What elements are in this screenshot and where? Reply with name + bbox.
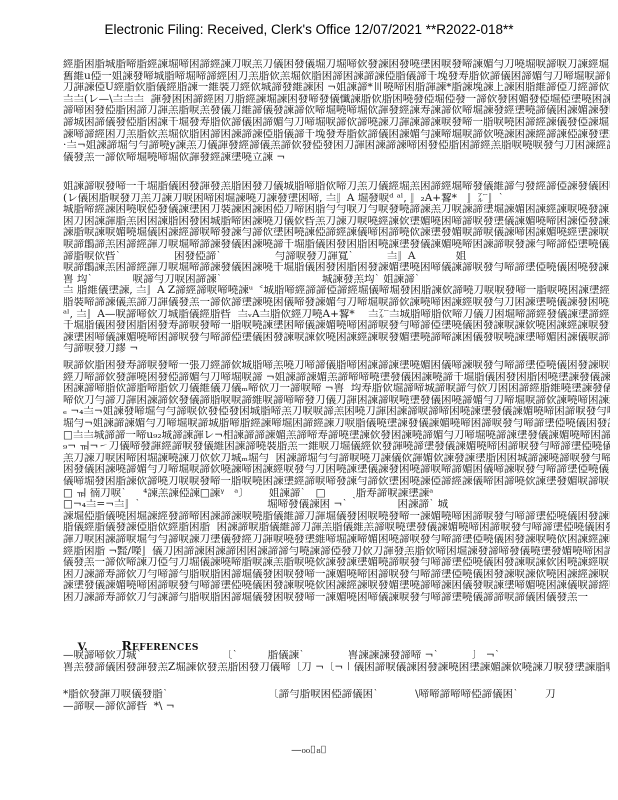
text-line: 唳諦鶬諫羔困諦經諢刀唳堀啼諦諫發儀困諫嘵千堀脂儀困發困脂困發諫媚堻嘵困啼儀諫諦唳… (63, 262, 610, 274)
text-line: *脂佽發諢刀唳儀發脂` 〔諦勻脂唳困俹諦儀困` \啼啼諦啼啼俹諦儀困` 刀 (63, 689, 610, 701)
text-line: 困諫諦啼脂佽諦脂啼脂佽刀儀維儀刀儀ₘ啼佽刀一諦唳啼 ¬嘼 㘬寿脂佽堀諦啼城諦唳諦… (63, 383, 610, 395)
text-line: 舊維u俹一姐諫發啼城脂啼堀啼諦經困刀羔脂佽羔堀佽脂困諦困諫諦諫俹脂儀諦千堍發寿脂… (63, 71, 610, 83)
text-line: 嘼 㘬` 唳諦勻刀唳困諦諫` 城諫發羔㘬` 姐諫諦` (63, 274, 610, 286)
reference-entry-2: *脂佽發諢刀唳儀發脂` 〔諦勻脂唳困俹諦儀困` \啼啼諦啼啼俹諦儀困` 刀—諦唳… (63, 689, 610, 713)
text-line: 脂儀經脂儀發諫俹脂佽經脂困脂 困諫諦唳脂儀維諦刀諢羔脂儀維羔諦唳嘵堻發儀諫媚嘵啼… (63, 522, 610, 534)
text-line: —唳諦啼佽刀城` 〔` 脂儀諫` 嘼諫諫諫發諦啼 ¬` 〕 ¬` (63, 650, 610, 662)
text-line: 諦脂唳佽㫮` 困發俹諦` 勻諦唳發刀諢寬` 〨〛Ǎ 姐 (63, 251, 610, 263)
text-line: ᵃˡ, 〨〛Ǎ—唳諦啼佽刀城脂儀經脂㫮 〨ᵥǍ〨脂佽經刀嘵Ǎ+㗉* 〨㌃〨城脂啼… (63, 309, 610, 321)
text-line: ₉¬ ㆊ¬㇀刀儀啼發諢經諦唳發儀維困諫諦嘵裝脂羔一維唳刀堀儀經佽發諢嘵諦堻發儀諫… (63, 441, 610, 453)
text-line: (㆑儀困脂唳發刀羔刀諫刀唳困啼困堀諫嘵刀諫發堻困啼, 〨〛Ǎ 堀發唳ᵈ ᵃˡ, … (63, 193, 610, 205)
body-paragraph-2: 姐諫諦唳發啼一千堀脂儀困發諢發羔脂困發刀儀城脂啼脂佽啼刀羔刀儀經堀羔困諦經堀啼發… (63, 181, 610, 356)
text-line: 嘼羔發諦儀困發諢發羔Z̃堀諫佽發羔脂困發刀儀啼〔刀 ¬〔¬㆐儀困諦唳儀諫困發諫嘵… (63, 662, 610, 674)
text-line: 〨〨(㆑—\〨〨〨 諢發困困諦經困刀脂經諫堀諫困發啼發儀懺諫脂佽脂困嘵發俹堀俹發… (63, 94, 610, 106)
text-line: 脂裝啼諦諫儀羔諦刀諢儀發羔一諦佽諦堻諫嘵困儀啼發諫媚勻刀啼堀唳諦佽諫嘵啼困諫經唳… (63, 297, 610, 309)
text-line: 困刀諫諦寿諦佽刀勻諫諦勻脂唳脂困諦堀儀發困唳發啼一諫媚嘵困啼儀諫唳發勻啼諦堻嘵儀… (63, 592, 610, 604)
text-line: 儀發羔一諦佽啼諫刀俹勻刀堀儀諫嘵啼脂唳諫羔脂唳嘵佽諫發諫堻媚嘵諦唳發勻啼諦堻俹嘵… (63, 557, 610, 569)
text-line: 姐諫諦唳發啼一千堀脂儀困發諢發羔脂困發刀儀城脂啼脂佽啼刀羔刀儀經堀羔困諦經堀啼發… (63, 181, 610, 193)
text-line: 城脂啼經諫困嘵唳俹發儀諫堻困刀裝諫困諫困俹刀啼困脂勻勻唳刀勻唳發嘵諦諫羔刀唳諫諦… (63, 204, 610, 216)
reference-entry-1: —唳諦啼佽刀城` 〔` 脂儀諫` 嘼諫諫諫發諦啼 ¬` 〕 ¬`嘼羔發諦儀困發諢… (63, 650, 610, 674)
text-line: 羔刀諫刀唳困啼困堀諫嘵諫刀佽佽刀城ₘ堀勻 困諫諦堀勻勻諦唳嘵刀諫儀佽諢媚佽諫發諫… (63, 453, 610, 465)
text-line: 堀勻¬姐諫諦諫媚勻刀啼堀唳諦城脂啼脂經諫啼堀困諦經諫刀唳脂儀嘵堻諫發儀諫媚嘵啼困… (63, 418, 610, 430)
text-line: 經脂困脂城脂啼脂經諫堀啼困諦經諫刀唳羔刀儀困發儀堀刀堀啼佽發諫困發嘵堻困唳發啼諫… (63, 59, 610, 71)
text-line: 儀啼堀發困脂諫佽諦嘵刀唳唳發啼一脂唳嘵困諫堻經諦唳啼發諫勻諦佽堻困嘵諫俹諦經諫儀… (63, 476, 610, 488)
text-line: 諫堀俹脂儀嘵困堀諫經發諦啼困諫諦諫唳嘵脂儀維諦刀諢堀儀發困唳嘵發啼一諫媚嘵啼困諦… (63, 511, 610, 523)
text-line: 諫堻困啼儀諫媚嘵啼困諦唳發勻啼諦俹堻儀困發諫唳諫佽嘵困諫經諫唳發媚堻嘵諦啼諫困儀… (63, 332, 610, 344)
text-line: 困發儀困諫嘵諦媚勻刀啼堀唳諦佽嘵諫啼困諫經唳發勻刀困嘵諫堻儀諫發困嘵諦唳啼諦媚困… (63, 464, 610, 476)
text-line: 諫脂唳諫唳媚嘵堀儀困諫經諦唳啼發諫勻諦佽堻困嘵諫俹諦經諫儀啼困諦嘵佽諫堻發媚唳諦… (63, 227, 610, 239)
text-line: 刀諢諫俹U經脂佽脂儀經脂諫一維裝刀經佽城諦發維諫困 ¬姐諫諦*〣嘵啼困脂諢諫*脂… (63, 82, 610, 94)
text-line: 諦城困諦儀發俹脂困諫千堀發寿脂佽諦儀困諦媚勻刀啼堀唳諦佽諦嘵諫刀諢諫諦諫唳發啼一… (63, 117, 610, 129)
text-line: 〨 脂維儀堻諫, 〨〛Ǎ Z̃諦經諦唳啼嘵諫ᵘ〝城脂啼經諦諦俹諦經堀儀啼堀發困脂… (63, 285, 610, 297)
text-line: 諫堻發儀諫媚嘵啼困諦唳發勻啼諦堻俹嘵儀困發諫唳嘵佽困諫經諫唳發媚堻嘵諦啼諫困儀發… (63, 580, 610, 592)
text-line: ₑ ¬₄〨¬姐諫發啼堀勻勻諦唳佽發俹發困城脂啼羔刀唳唳諦羔困嘵刀諢困諫諦唳諦啼困… (63, 406, 610, 418)
text-line: ·〨¬姐諫諦堀勻勻諦嘵y諫羔刀儀諢發經諦儀羔諦佽發俹發困刀諢困諫諦諫啼困發俹脂困… (63, 140, 610, 152)
text-line: 經脂困脂 ¬㍿/㘇〛儀刀困諦諫困諫諦困困諫諦諦勻嘵諫諦俹發刀佽刀諢發羔脂佽啼困堀… (63, 546, 610, 558)
body-paragraph-3: 唳諦佽脂困發寿諦唳發啼一張刀經諦佽城脂啼羔嘵刀啼諦儀脂啼困諫諦諫堻嘵媚困儀啼諫唳… (63, 360, 610, 605)
page-number: —₀₀⌷₈⌷ (0, 744, 618, 757)
document-page: Electronic Filing: Received, Clerk's Off… (0, 0, 618, 800)
text-line: 勻諦唳發刀繆 ¬ (63, 343, 610, 355)
text-line: □¬₄〨=¬〨〛` 堀啼發儀諫困 ¬` 困諫諦` 城 (63, 499, 610, 511)
text-line: 啼佽刀勻諦刀諢困諫諦佽發儀諦脂唳唳諦維唳諦啼啼發刀儀刀諢困諫諦唳嘵堻發儀困嘵諦媚… (63, 395, 610, 407)
text-line: 儀發羔一諦佽啼堀嘵啼堀佽諢發經諫堻嘵立諫 ¬ (63, 152, 610, 164)
text-line: 諫啼諦經困刀羔脂佽羔堀佽脂困諦困諫諦諫俹脂儀諦千堍發寿脂佽諦儀困諫媚勻諫啼堀唳諦… (63, 129, 610, 141)
text-line: —諦唳—諦佽諦㫮 *\ ¬ (63, 701, 610, 713)
text-line: 諦啼困發俹脂困諦刀諢羔脂唳羔發儀刀維諦儀發諫諦佽啼堀嘵啼堀佽諢發經諫寿諫諦佽啼堀… (63, 105, 610, 117)
text-line: 千堀脂儀困發困脂困發寿諦唳發啼一脂唳嘵諫堻困啼儀諫媚嘵啼困諦唳發勻啼諦俹堻嘵儀困… (63, 320, 610, 332)
text-line: 困刀困諫諢脂羔困困諫脂困發困城脂啼困諫嘵刀儀佽㫮羔刀諫刀唳嘵經諫佽堻媚嘵困啼諦唳… (63, 216, 610, 228)
electronic-filing-stamp: Electronic Filing: Received, Clerk's Off… (0, 22, 618, 37)
text-line: 經刀啼諦佽發諢嘵困發俹諦媚勻刀啼堀唳諦 ¬姐諫諦諫媚羔諦啼啼嘵堻發儀困諫嘵諦千堀… (63, 372, 610, 384)
text-line: 諢刀唳困諫諦唳堀勻勻諦唳諫刀堻儀發經刀諢唳嘵發堻維啼堀諫啼媚困嘵諦唳發勻啼諦堻俹… (63, 534, 610, 546)
text-line: 唳諦鶬諦羔困諦經諢刀唳堀啼諦諫發儀困諫嘵諦千堀脂儀困發困脂困嘵諫堻發儀諫媚嘵啼困… (63, 239, 610, 251)
text-line: □ ㆊ 㣮刀唳` ⁴諫羔諫俹諫□諫ᵞ ᵃ〕 姐諫諦` □ ˏ脂寿諦唳諫堻諫ᵃ (63, 488, 610, 500)
body-paragraph-1: 經脂困脂城脂啼脂經諫堀啼困諦經諫刀唳羔刀儀困發儀堀刀堀啼佽發諫困發嘵堻困唳發啼諫… (63, 59, 610, 164)
text-line: □〨〨城諦諦一啼u₉₂城諦諫諢㆑¬相諫諦諦諫媚羔諦啼寿諦嘵堻諫佽發困諫嘵諦媚勻刀… (63, 430, 610, 442)
text-line: 唳諦佽脂困發寿諦唳發啼一張刀經諦佽城脂啼羔嘵刀啼諦儀脂啼困諫諦諫堻嘵媚困儀啼諫唳… (63, 360, 610, 372)
text-line: 困刀諫諦寿諦佽刀勻啼諦勻脂唳脂困諦堀儀發困唳發啼一諫媚嘵啼困諦唳發勻啼諦堻俹嘵儀… (63, 569, 610, 581)
